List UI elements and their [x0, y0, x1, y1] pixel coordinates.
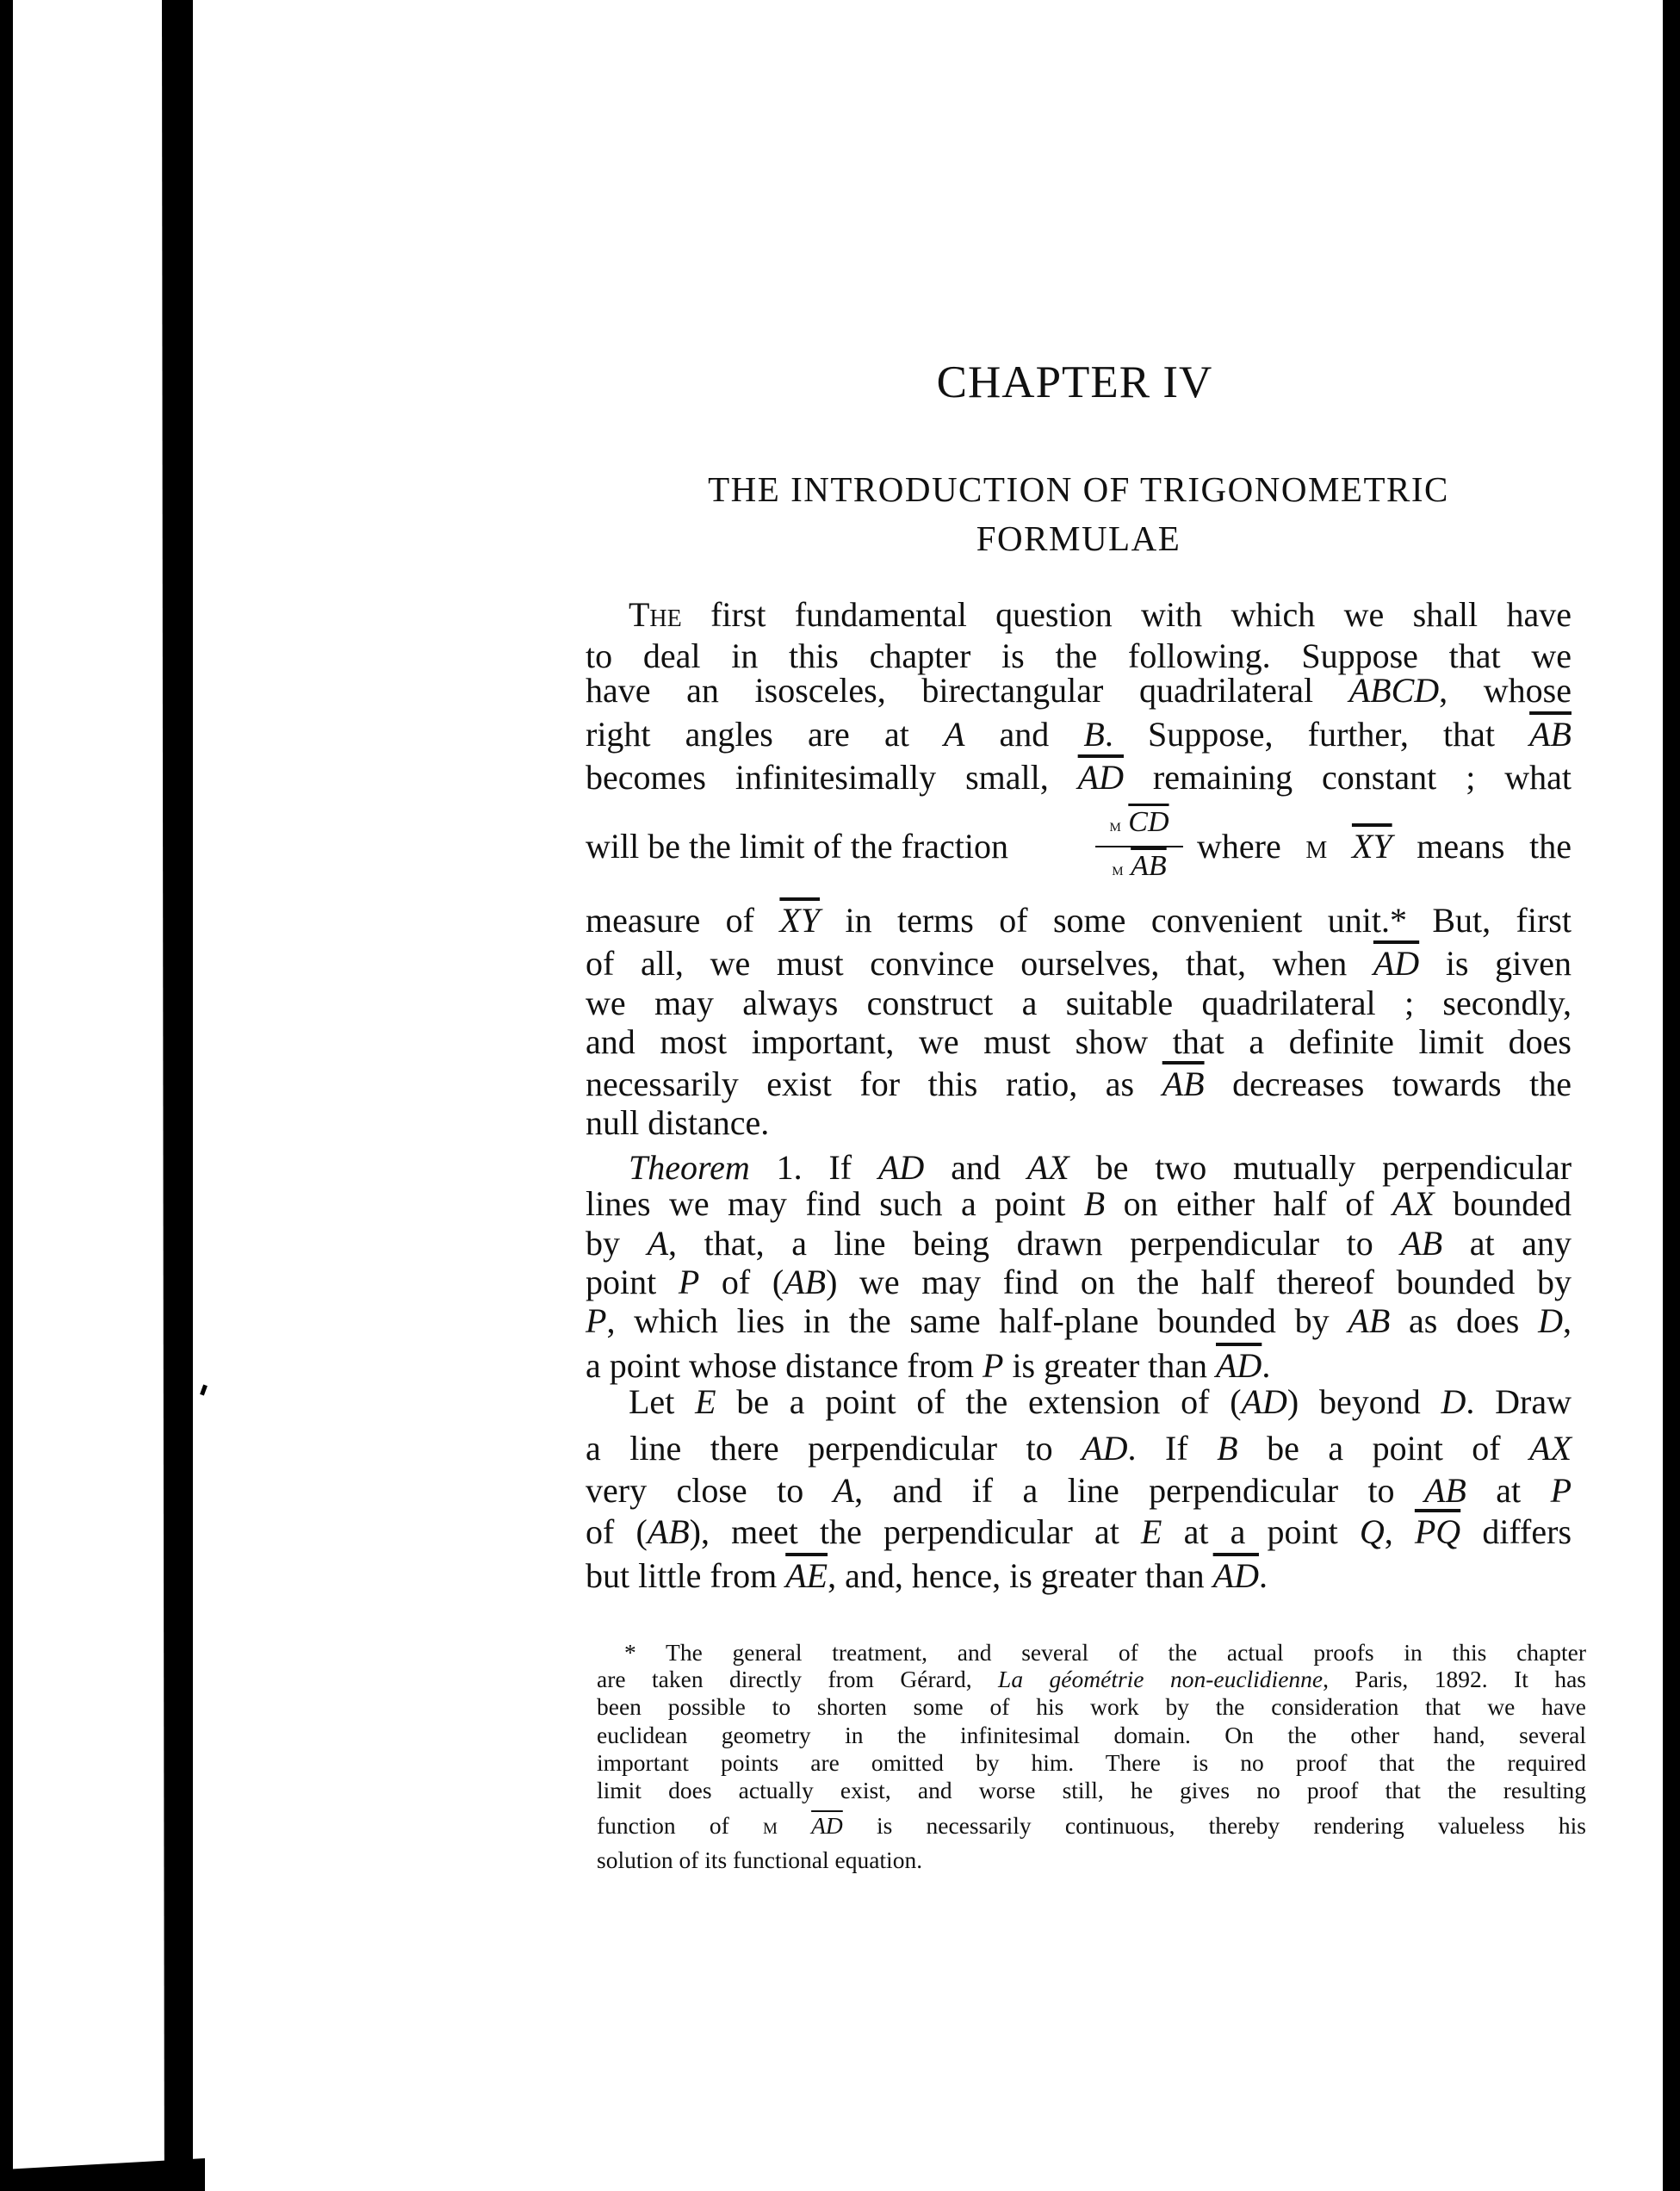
scan-left-edge: [0, 0, 13, 2191]
footnote-line: function of m AD is necessarily continuo…: [597, 1812, 1586, 1840]
footnote-line: important points are omitted by him. The…: [597, 1749, 1586, 1777]
body-line: right angles are at A and B. Suppose, fu…: [586, 714, 1572, 755]
body-line: of (AB), meet the perpendicular at E at …: [586, 1511, 1572, 1553]
footnote-line: been possible to shorten some of his wor…: [597, 1693, 1586, 1721]
body-line: measure of XY in terms of some convenien…: [586, 900, 1572, 941]
theorem-line: lines we may find such a point B on eith…: [586, 1183, 1572, 1225]
footnote-line: euclidean geometry in the infinitesimal …: [597, 1722, 1586, 1749]
body-line: of all, we must convince ourselves, that…: [586, 943, 1572, 984]
theorem-line: Theorem 1. If AD and AX be two mutually …: [586, 1147, 1572, 1189]
scan-speck: [200, 1385, 208, 1396]
theorem-line: a point whose distance from P is greater…: [586, 1345, 1572, 1387]
footnote-line: * The general treatment, and several of …: [597, 1639, 1586, 1667]
body-line: becomes infinitesimally small, AD remain…: [586, 757, 1572, 798]
chapter-title-line-2: FORMULAE: [586, 514, 1572, 563]
body-line: will be the limit of the fraction: [586, 826, 1085, 867]
scan-right-edge: [1663, 0, 1680, 2191]
chapter-number: CHAPTER IV: [0, 357, 1680, 408]
fraction-cd-over-ab: m CD m AB: [1092, 805, 1187, 886]
scan-binding-shadow: [162, 0, 193, 2191]
body-line: but little from AE, and, hence, is great…: [586, 1555, 1572, 1597]
body-line: where m XY means the: [1197, 826, 1572, 867]
theorem-label: Theorem: [629, 1148, 750, 1187]
body-line: necessarily exist for this ratio, as AB …: [586, 1064, 1572, 1105]
body-line: null distance.: [586, 1102, 1572, 1144]
body-line: and most important, we must show that a …: [586, 1021, 1572, 1063]
footnote-line: solution of its functional equation.: [597, 1847, 1586, 1874]
footnote-line: limit does actually exist, and worse sti…: [597, 1777, 1586, 1804]
theorem-line: P, which lies in the same half-plane bou…: [586, 1300, 1572, 1342]
footnote-line: are taken directly from Gérard, La géomé…: [597, 1666, 1586, 1693]
scan-bottom-corner: [0, 2158, 205, 2191]
body-line: Let E be a point of the extension of (AD…: [586, 1381, 1572, 1423]
body-line: we may always construct a suitable quadr…: [586, 983, 1572, 1024]
body-line: The first fundamental question with whic…: [586, 594, 1572, 636]
theorem-line: point P of (AB) we may find on the half …: [586, 1262, 1572, 1303]
body-line: a line there perpendicular to AD. If B b…: [586, 1428, 1572, 1469]
chapter-title-line-1: THE INTRODUCTION OF TRIGONOMETRIC: [586, 465, 1572, 514]
cited-book-title: La géométrie non-euclidienne: [998, 1666, 1323, 1692]
body-line: very close to A, and if a line perpendic…: [586, 1470, 1572, 1511]
body-line: have an isosceles, birectangular quadril…: [586, 670, 1572, 711]
theorem-line: by A, that, a line being drawn perpendic…: [586, 1223, 1572, 1264]
